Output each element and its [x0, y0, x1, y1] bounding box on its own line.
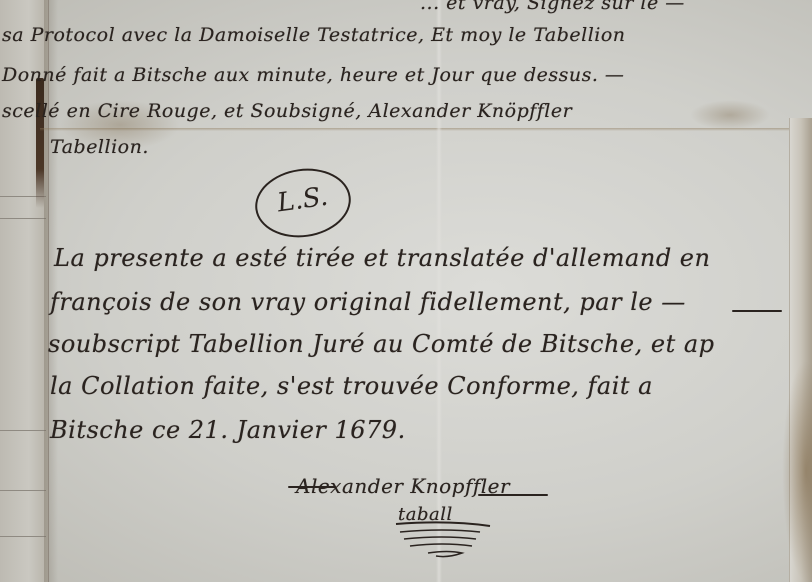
water-stain — [782, 360, 812, 582]
ink-stain — [690, 100, 770, 130]
text-line-upper-3: scellé en Cire Rouge, et Soubsigné, Alex… — [2, 100, 572, 122]
text-line-upper-0: ... et vray, Signez sur le — — [420, 0, 685, 14]
text-line-main-0: La presente a esté tirée et translatée d… — [54, 244, 710, 272]
signature-strike — [288, 486, 336, 488]
text-line-main-1: françois de son vray original fidellemen… — [50, 288, 686, 316]
text-line-upper-1: sa Protocol avec la Damoiselle Testatric… — [2, 24, 626, 46]
text-line-upper-2: Donné fait a Bitsche aux minute, heure e… — [2, 64, 624, 86]
signature-underline — [478, 494, 548, 496]
line-fill-dash — [732, 310, 782, 312]
fold-tear — [36, 78, 44, 208]
signature-flourish — [388, 520, 498, 560]
text-line-main-4: Bitsche ce 21. Janvier 1679. — [50, 416, 406, 444]
seal-circle: L.S. — [251, 163, 356, 244]
seal-text: L.S. — [255, 179, 350, 222]
text-line-upper-4: Tabellion. — [50, 136, 149, 158]
text-line-main-3: la Collation faite, s'est trouvée Confor… — [50, 372, 653, 400]
document-photo: ... et vray, Signez sur le — sa Protocol… — [0, 0, 812, 582]
text-line-main-2: soubscript Tabellion Juré au Comté de Bi… — [48, 330, 715, 358]
